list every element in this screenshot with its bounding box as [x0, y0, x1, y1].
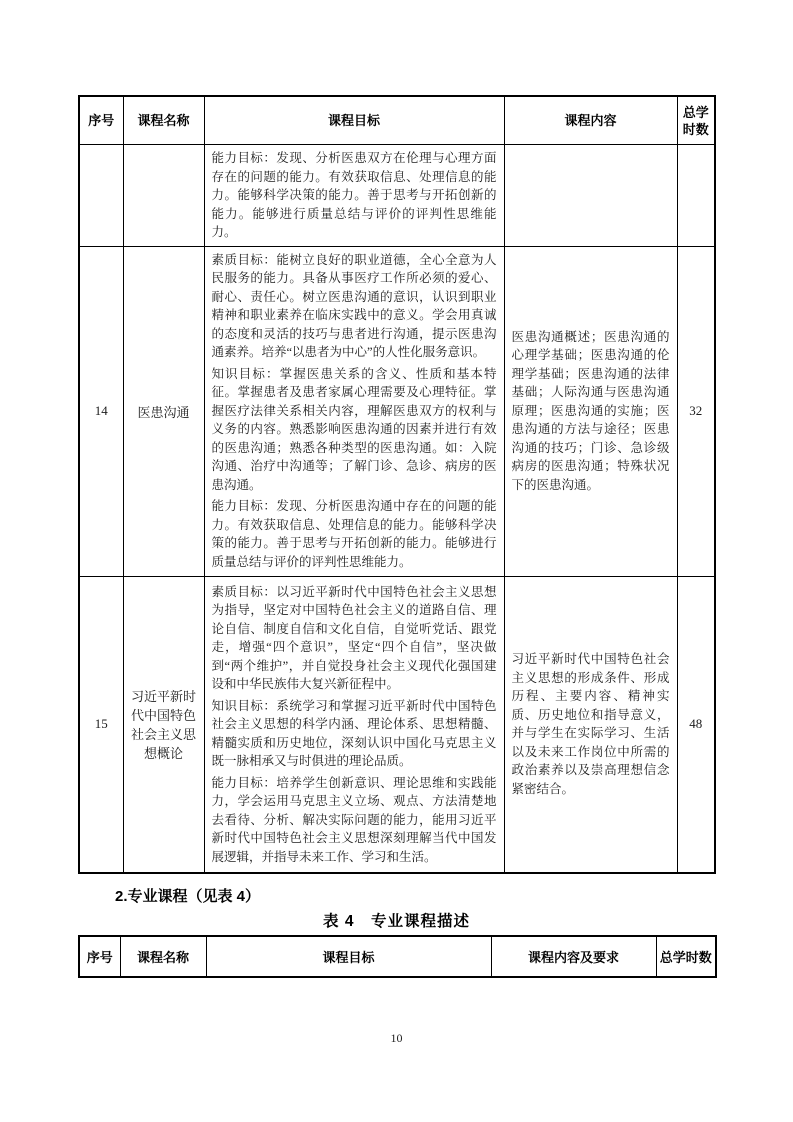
- cell-seq-no: 14: [79, 246, 123, 576]
- objective-paragraph-knowledge: 知识目标：系统学习和掌握习近平新时代中国特色社会主义思想的科学内涵、理论体系、思…: [212, 697, 497, 771]
- table-header-row: 序号 课程名称 课程目标 课程内容及要求 总学时数: [79, 936, 716, 977]
- cell-total-hours: 48: [677, 576, 715, 873]
- objective-paragraph-quality: 素质目标：以习近平新时代中国特色社会主义思想为指导，坚定对中国特色社会主义的道路…: [212, 583, 497, 694]
- cell-seq-no: 15: [79, 576, 123, 873]
- table-row: 能力目标：发现、分析医患双方在伦理与心理方面存在的问题的能力。有效获取信息、处理…: [79, 145, 715, 247]
- table-row: 14 医患沟通 素质目标：能树立良好的职业道德，全心全意为人民服务的能力。具备从…: [79, 246, 715, 576]
- objective-paragraph-ability: 能力目标：发现、分析医患沟通中存在的问题的能力。有效获取信息、处理信息的能力。能…: [212, 497, 497, 571]
- table-header-row: 序号 课程名称 课程目标 课程内容 总学时数: [79, 96, 715, 145]
- header-content-requirements: 课程内容及要求: [491, 936, 656, 977]
- header-course-content: 课程内容: [504, 96, 677, 145]
- cell-course-name: 习近平新时代中国特色社会主义思想概论: [123, 576, 204, 873]
- cell-total-hours: 32: [677, 246, 715, 576]
- header-course-objectives: 课程目标: [206, 936, 491, 977]
- major-course-table: 序号 课程名称 课程目标 课程内容及要求 总学时数: [78, 935, 717, 978]
- cell-course-objectives: 能力目标：发现、分析医患双方在伦理与心理方面存在的问题的能力。有效获取信息、处理…: [204, 145, 504, 247]
- cell-course-name: 医患沟通: [123, 246, 204, 576]
- document-page: 序号 课程名称 课程目标 课程内容 总学时数 能力目标：发现、分析医患双方在伦理…: [0, 0, 793, 1122]
- cell-course-content: [504, 145, 677, 247]
- objective-paragraph-ability: 能力目标：培养学生创新意识、理论思维和实践能力，学会运用马克思主义立场、观点、方…: [212, 774, 497, 867]
- header-seq-no: 序号: [79, 936, 120, 977]
- header-course-objectives: 课程目标: [204, 96, 504, 145]
- objective-paragraph-knowledge: 知识目标：掌握医患关系的含义、性质和基本特征。掌握患者及患者家属心理需要及心理特…: [212, 365, 497, 495]
- course-description-table: 序号 课程名称 课程目标 课程内容 总学时数 能力目标：发现、分析医患双方在伦理…: [78, 95, 716, 874]
- cell-course-name: [123, 145, 204, 247]
- cell-course-objectives: 素质目标：以习近平新时代中国特色社会主义思想为指导，坚定对中国特色社会主义的道路…: [204, 576, 504, 873]
- cell-seq-no: [79, 145, 123, 247]
- header-seq-no: 序号: [79, 96, 123, 145]
- cell-course-objectives: 素质目标：能树立良好的职业道德，全心全意为人民服务的能力。具备从事医疗工作所必须…: [204, 246, 504, 576]
- header-total-hours: 总学时数: [677, 96, 715, 145]
- table-title: 表 4 专业课程描述: [0, 909, 793, 931]
- cell-course-content: 医患沟通概述；医患沟通的心理学基础；医患沟通的伦理学基础；医患沟通的法律基础；人…: [504, 246, 677, 576]
- header-course-name: 课程名称: [123, 96, 204, 145]
- header-total-hours: 总学时数: [656, 936, 716, 977]
- cell-total-hours: [677, 145, 715, 247]
- table-row: 15 习近平新时代中国特色社会主义思想概论 素质目标：以习近平新时代中国特色社会…: [79, 576, 715, 873]
- section-heading: 2.专业课程（见表 4）: [115, 885, 793, 906]
- page-number: 10: [0, 1031, 793, 1046]
- objective-paragraph-quality: 素质目标：能树立良好的职业道德，全心全意为人民服务的能力。具备从事医疗工作所必须…: [212, 251, 497, 362]
- objective-paragraph: 能力目标：发现、分析医患双方在伦理与心理方面存在的问题的能力。有效获取信息、处理…: [212, 149, 497, 242]
- header-course-name: 课程名称: [120, 936, 206, 977]
- cell-course-content: 习近平新时代中国特色社会主义思想的形成条件、形成历程、主要内容、精神实质、历史地…: [504, 576, 677, 873]
